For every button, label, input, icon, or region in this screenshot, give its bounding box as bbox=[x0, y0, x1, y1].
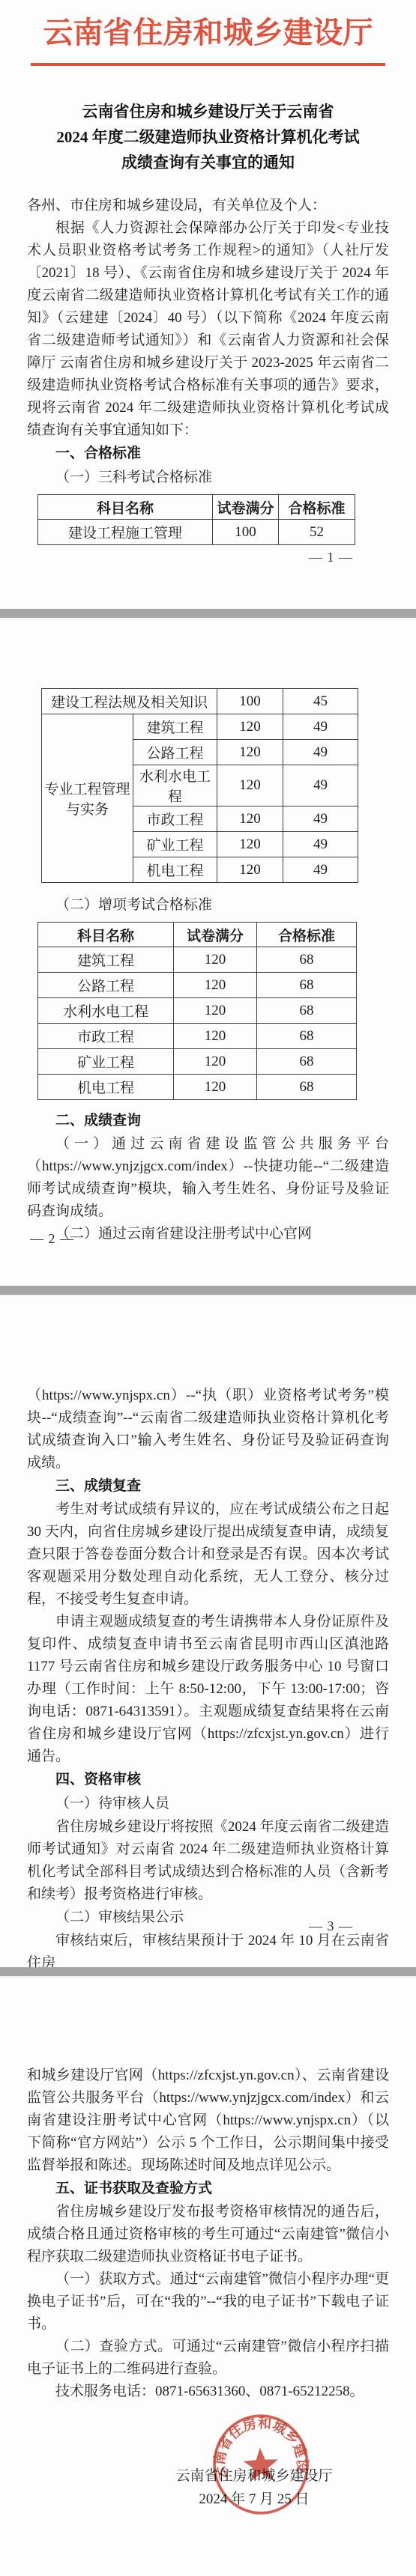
table-header-row: 科目名称 试卷满分 合格标准 bbox=[38, 923, 357, 947]
qualification-review-paragraph: 省住房城乡建设厅将按照《2024 年度云南省二级建造师考试通知》对云南省 202… bbox=[27, 1816, 389, 1906]
section-heading-pass-standard: 一、合格标准 bbox=[27, 442, 389, 466]
certificate-obtain-paragraph: （一）获取方式。通过“云南建管”微信小程序办理“更换电子证书”后，可在“我的”-… bbox=[27, 2268, 389, 2336]
page-number-3: — 3 — bbox=[309, 1919, 353, 1934]
seal-star-icon bbox=[243, 2446, 280, 2481]
score-query-paragraph-2-start: （二）通过云南省建设注册考试中心官网 bbox=[27, 1223, 389, 1245]
subject-cell: 公路工程 bbox=[38, 973, 174, 998]
document-title-line-1: 云南省住房和城乡建设厅关于云南省 bbox=[27, 99, 389, 124]
subject-cell: 矿业工程 bbox=[133, 832, 217, 857]
certificate-intro-paragraph: 省住房城乡建设厅发布报考资格审核情况的通告后，成绩合格且通过资格审核的考生可通过… bbox=[27, 2201, 389, 2268]
table-row: 专业工程管理与实务 建筑工程 120 49 bbox=[42, 714, 358, 740]
pass-score-cell: 49 bbox=[283, 740, 358, 765]
pass-score-cell: 68 bbox=[257, 998, 357, 1024]
sub-heading-addon-standard: （二）增项考试合格标准 bbox=[27, 893, 389, 917]
full-score-header: 试卷满分 bbox=[174, 923, 257, 947]
subject-cell: 建设工程法规及相关知识 bbox=[42, 689, 217, 714]
subject-cell: 建设工程施工管理 bbox=[38, 520, 213, 545]
table-row: 矿业工程 120 68 bbox=[38, 1049, 357, 1075]
page-2: 建设工程法规及相关知识 100 45 专业工程管理与实务 建筑工程 120 49… bbox=[0, 619, 416, 1286]
table-row: 公路工程 120 68 bbox=[38, 973, 357, 998]
subject-cell: 市政工程 bbox=[133, 806, 217, 832]
table-row: 水利水电工程 120 68 bbox=[38, 998, 357, 1024]
specialty-group-cell: 专业工程管理与实务 bbox=[42, 714, 133, 883]
full-score-cell: 120 bbox=[174, 998, 257, 1024]
section-heading-qualification-review: 四、资格审核 bbox=[27, 1768, 389, 1792]
pass-score-header: 合格标准 bbox=[257, 923, 357, 947]
pass-score-cell: 49 bbox=[283, 832, 358, 857]
service-hotline-paragraph: 技术服务电话：0871-65631360、0871-65212258。 bbox=[27, 2381, 389, 2403]
review-publicity-paragraph-start: 审核结束后，审核结果预计于 2024 年 10 月在云南省住房 bbox=[27, 1930, 389, 1967]
pass-score-cell: 49 bbox=[283, 806, 358, 832]
full-score-cell: 120 bbox=[217, 714, 283, 740]
score-query-paragraph-1: （一）通过云南省建设监管公共服务平台（https://www.ynjzjgcx.… bbox=[27, 1133, 389, 1223]
document-title: 云南省住房和城乡建设厅关于云南省 2024 年度二级建造师执业资格计算机化考试 … bbox=[27, 99, 389, 175]
full-score-cell: 120 bbox=[174, 1049, 257, 1075]
official-seal: 云南省住房和城乡建设厅 bbox=[208, 2411, 313, 2519]
table-row: 建筑工程 120 68 bbox=[38, 947, 357, 973]
letterhead-rule bbox=[31, 63, 385, 66]
page-3: （https://www.ynjspx.cn）--“执（职）业资格考试考务”模块… bbox=[0, 1296, 416, 1967]
pass-score-header: 合格标准 bbox=[279, 495, 355, 520]
section-heading-score-query: 二、成绩查询 bbox=[27, 1109, 389, 1133]
full-score-cell: 120 bbox=[174, 973, 257, 998]
sub-heading-pending-review: （一）待审核人员 bbox=[27, 1792, 389, 1816]
pass-score-cell: 68 bbox=[257, 1024, 357, 1049]
section-heading-score-recheck: 三、成绩复查 bbox=[27, 1474, 389, 1498]
pass-score-cell: 49 bbox=[283, 714, 358, 740]
certificate-verify-paragraph: （二）查验方式。可通过“云南建管”微信小程序扫描电子证书上的二维码进行查验。 bbox=[27, 2336, 389, 2381]
table-header-row: 科目名称 试卷满分 合格标准 bbox=[38, 495, 355, 520]
subject-cell: 建筑工程 bbox=[38, 947, 174, 973]
three-subject-table: 科目名称 试卷满分 合格标准 建设工程施工管理 100 52 bbox=[37, 494, 355, 545]
pass-score-cell: 52 bbox=[279, 520, 355, 545]
page-gap bbox=[0, 1967, 416, 1978]
table-row: 机电工程 120 68 bbox=[38, 1075, 357, 1100]
subject-cell: 水利水电工程 bbox=[38, 998, 174, 1024]
pass-score-cell: 68 bbox=[257, 1049, 357, 1075]
page-gap bbox=[0, 1286, 416, 1296]
full-score-cell: 120 bbox=[217, 740, 283, 765]
subject-cell: 矿业工程 bbox=[38, 1049, 174, 1075]
table-row: 建设工程法规及相关知识 100 45 bbox=[42, 689, 358, 714]
pass-score-cell: 68 bbox=[257, 947, 357, 973]
full-score-cell: 120 bbox=[217, 832, 283, 857]
full-score-cell: 120 bbox=[217, 765, 283, 806]
intro-paragraph: 根据《人力资源社会保障部办公厅关于印发<专业技术人员职业资格考试考务工作规程>的… bbox=[27, 217, 389, 442]
full-score-cell: 120 bbox=[217, 806, 283, 832]
letterhead-agency-title: 云南省住房和城乡建设厅 bbox=[27, 13, 389, 52]
score-recheck-paragraph-2: 申请主观题成绩复查的考生请携带本人身份证原件及复印件、成绩复查申请书至云南省昆明… bbox=[27, 1611, 389, 1768]
pass-score-cell: 49 bbox=[283, 765, 358, 806]
full-score-cell: 120 bbox=[217, 857, 283, 883]
sub-heading-three-subjects: （一）三科考试合格标准 bbox=[27, 466, 389, 490]
full-score-cell: 120 bbox=[174, 947, 257, 973]
document-title-line-2: 2024 年度二级建造师执业资格计算机化考试 bbox=[27, 124, 389, 150]
pass-score-cell: 49 bbox=[283, 857, 358, 883]
page-1: 云南省住房和城乡建设厅 云南省住房和城乡建设厅关于云南省 2024 年度二级建造… bbox=[0, 0, 416, 609]
subject-cell: 机电工程 bbox=[133, 857, 217, 883]
subject-name-header: 科目名称 bbox=[38, 495, 213, 520]
table-row: 市政工程 120 68 bbox=[38, 1024, 357, 1049]
page-number-1: — 1 — bbox=[309, 550, 353, 565]
pass-score-cell: 68 bbox=[257, 1075, 357, 1100]
pass-score-cell: 68 bbox=[257, 973, 357, 998]
full-score-cell: 120 bbox=[174, 1024, 257, 1049]
addon-subject-table: 科目名称 试卷满分 合格标准 建筑工程 120 68 公路工程 120 68 水… bbox=[37, 922, 357, 1100]
full-score-cell: 100 bbox=[217, 689, 283, 714]
review-publicity-paragraph-continued: 和城乡建设厅官网（https://zfcxjst.yn.gov.cn）、云南省建… bbox=[27, 2065, 389, 2177]
page-number-2: — 2 — bbox=[30, 1231, 74, 1247]
score-recheck-paragraph-1: 考生对考试成绩有异议的，应在考试成绩公布之日起 30 天内，向省住房城乡建设厅提… bbox=[27, 1498, 389, 1611]
three-subject-table-continued: 建设工程法规及相关知识 100 45 专业工程管理与实务 建筑工程 120 49… bbox=[41, 688, 358, 883]
table-row: 建设工程施工管理 100 52 bbox=[38, 520, 355, 545]
salutation: 各州、市住房和城乡建设局，有关单位及个人： bbox=[27, 195, 389, 217]
subject-cell: 市政工程 bbox=[38, 1024, 174, 1049]
document-title-line-3: 成绩查询有关事宜的通知 bbox=[27, 150, 389, 175]
score-query-paragraph-2-continued: （https://www.ynjspx.cn）--“执（职）业资格考试考务”模块… bbox=[27, 1385, 389, 1474]
full-score-header: 试卷满分 bbox=[213, 495, 279, 520]
subject-name-header: 科目名称 bbox=[38, 923, 174, 947]
page-4: 和城乡建设厅官网（https://zfcxjst.yn.gov.cn）、云南省建… bbox=[0, 1978, 416, 2576]
subject-cell: 水利水电工程 bbox=[133, 765, 217, 806]
subject-cell: 机电工程 bbox=[38, 1075, 174, 1100]
subject-cell: 建筑工程 bbox=[133, 714, 217, 740]
pass-score-cell: 45 bbox=[283, 689, 358, 714]
page-gap bbox=[0, 609, 416, 619]
full-score-cell: 100 bbox=[213, 520, 279, 545]
section-heading-certificate: 五、证书获取及查验方式 bbox=[27, 2177, 389, 2201]
full-score-cell: 120 bbox=[174, 1075, 257, 1100]
subject-cell: 公路工程 bbox=[133, 740, 217, 765]
